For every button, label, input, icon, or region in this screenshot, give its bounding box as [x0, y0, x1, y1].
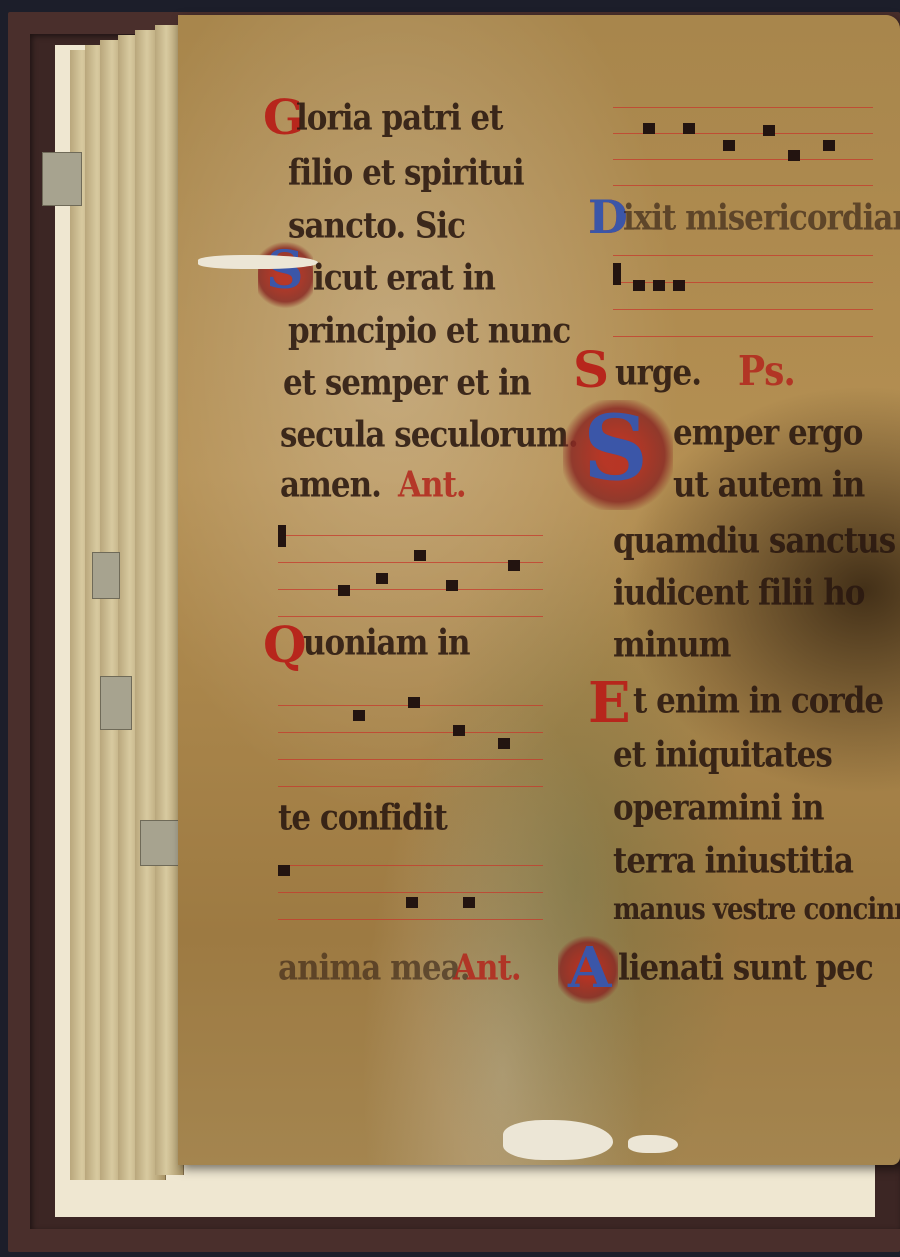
initial-letter: Q [263, 615, 307, 674]
staff-line [278, 892, 543, 893]
text-line: principio et nunc [288, 310, 570, 351]
neume [498, 738, 510, 749]
staff-line [278, 919, 543, 920]
parchment-tab [92, 552, 120, 599]
text-line: uoniam in [303, 622, 470, 663]
text-line: terra iniustitia [613, 840, 853, 881]
text-line: operamini in [613, 787, 824, 828]
text-line: et semper et in [283, 362, 531, 403]
neume [278, 865, 290, 876]
right-column: D ixit misericordiam S urge. Ps. S emper… [573, 95, 883, 1015]
neume [683, 123, 695, 134]
staff-line [278, 562, 543, 563]
left-column: G loria patri et filio et spiritui sanct… [258, 95, 548, 995]
staff-line [613, 309, 873, 310]
parchment-loss [503, 1120, 613, 1160]
staff-line [613, 185, 873, 186]
staff-line [613, 336, 873, 337]
staff-line [278, 589, 543, 590]
neume [673, 280, 685, 291]
neume [723, 140, 735, 151]
neume [463, 897, 475, 908]
parchment-loss [628, 1135, 678, 1153]
manuscript-page: G loria patri et filio et spiritui sanct… [178, 15, 900, 1165]
text-line: ixit misericordiam [623, 197, 900, 238]
initial-letter: S [573, 340, 609, 399]
text-line: icut erat in [313, 257, 495, 298]
text-line: sancto. Sic [288, 205, 465, 246]
text-line: t enim in corde [633, 680, 883, 721]
initial-letter: E [588, 670, 631, 736]
initial-letter: D [588, 190, 628, 244]
neume [613, 263, 621, 285]
parchment-tab [140, 820, 180, 866]
neume [376, 573, 388, 584]
neume [653, 280, 665, 291]
staff-line [278, 865, 543, 866]
staff-line [613, 255, 873, 256]
neume [508, 560, 520, 571]
neume [408, 697, 420, 708]
initial-letter: S [266, 240, 304, 301]
initial-letter: A [568, 935, 611, 1001]
initial-letter: S [583, 395, 648, 501]
text-line: iudicent filii ho [613, 572, 864, 613]
text-line: te confidit [278, 797, 447, 838]
text-line: et iniquitates [613, 734, 832, 775]
parchment-tear [198, 255, 318, 269]
staff-line [278, 786, 543, 787]
neume [338, 585, 350, 596]
neume [453, 725, 465, 736]
text-line: quamdiu sanctus [613, 520, 895, 561]
neume [406, 897, 418, 908]
staff-line [278, 535, 543, 536]
neume [353, 710, 365, 721]
rubric-psalm: Ps. [738, 347, 795, 395]
staff-line [613, 159, 873, 160]
text-line: emper ergo [673, 412, 862, 453]
text-line: lienati sunt pec [618, 947, 873, 988]
neume [823, 140, 835, 151]
neume [446, 580, 458, 591]
neume [414, 550, 426, 561]
staff-line [278, 732, 543, 733]
text-line: loria patri et [296, 97, 502, 138]
text-line: manus vestre concinnant [613, 893, 900, 928]
neume [278, 525, 286, 547]
neume [788, 150, 800, 161]
text-line: anima mea. [278, 947, 470, 988]
parchment-tab [42, 152, 82, 206]
neume [643, 123, 655, 134]
text-line: amen. [280, 464, 381, 505]
staff-line [278, 759, 543, 760]
neume [763, 125, 775, 136]
staff-line [278, 616, 543, 617]
text-line: ut autem in [673, 464, 864, 505]
rubric-antiphon: Ant. [398, 464, 466, 505]
staff-line [613, 282, 873, 283]
text-line: filio et spiritui [288, 152, 524, 193]
text-line: secula seculorum. [280, 414, 578, 455]
neume [633, 280, 645, 291]
rubric-antiphon: Ant. [453, 947, 521, 988]
text-line: urge. [615, 352, 701, 393]
text-line: minum [613, 624, 730, 665]
parchment-tab [100, 676, 132, 730]
staff-line [613, 107, 873, 108]
